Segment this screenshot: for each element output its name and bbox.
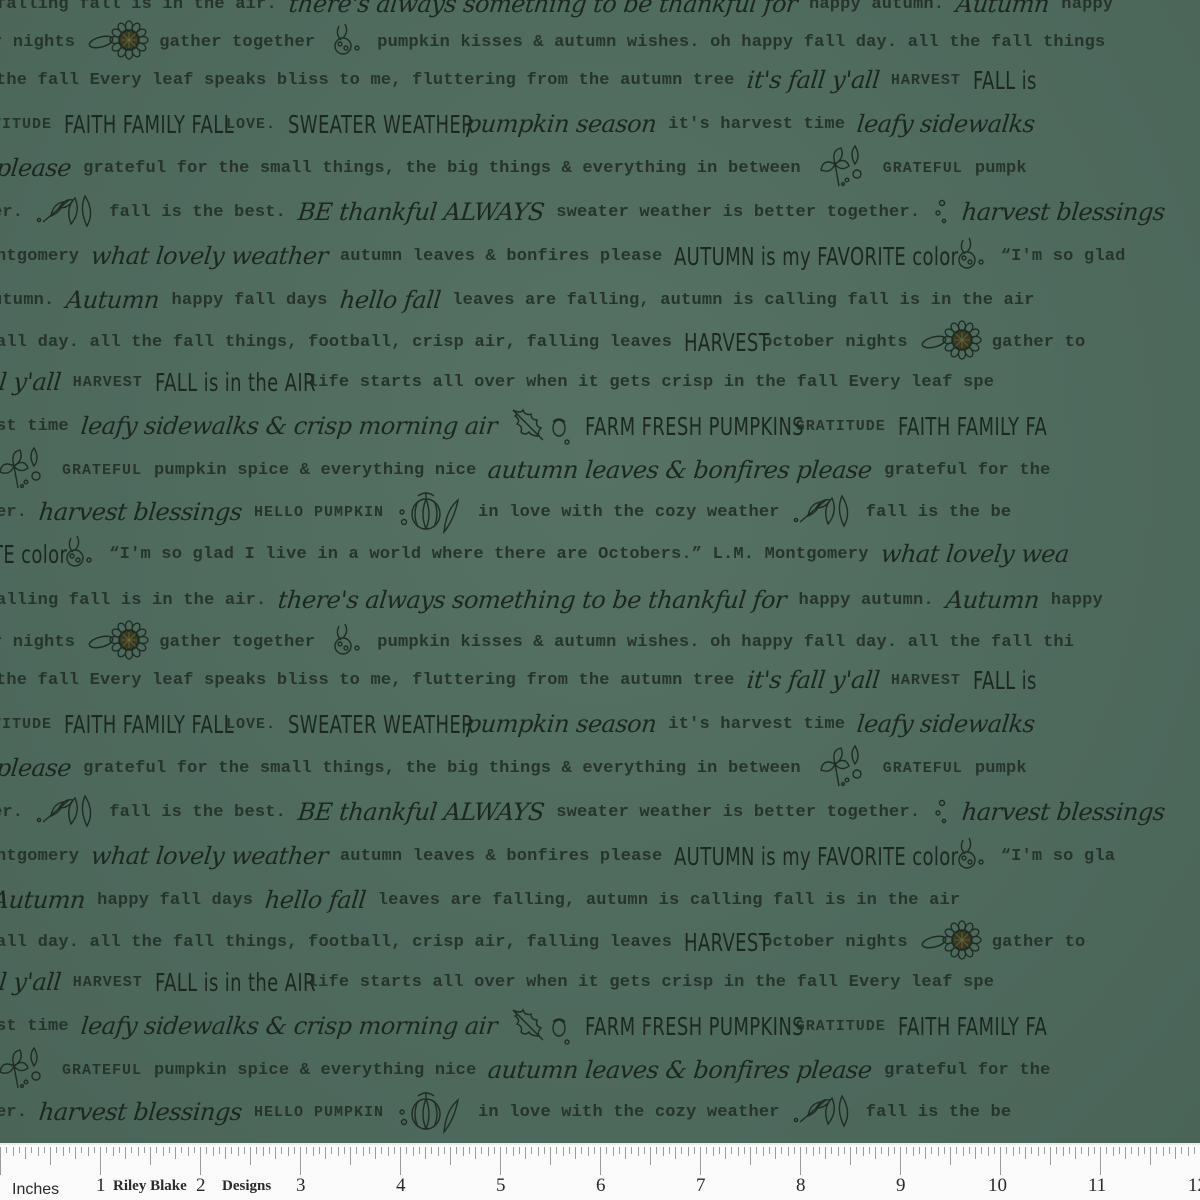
ruler-tick	[494, 1147, 495, 1154]
ruler-tick	[563, 1147, 564, 1156]
ruler-number: 3	[296, 1175, 306, 1197]
print-row: pleasegrateful for the small things, the…	[0, 746, 1039, 790]
hand-lettered-caps-text: FALL is	[973, 666, 1037, 695]
ruler-tick	[875, 1147, 876, 1159]
ruler-tick	[100, 1147, 101, 1175]
print-row: all day. all the fall things, football, …	[0, 920, 1097, 964]
hand-lettered-phrase: FAITH FAMILY FALL	[64, 710, 234, 739]
typewriter-phrase: sweater weather is better together.	[556, 803, 920, 822]
ruler-tick	[850, 1147, 851, 1165]
ruler-tick	[813, 1147, 814, 1156]
hand-lettered-phrase: FALL is in the AIR	[155, 368, 316, 397]
ruler-tick	[1163, 1147, 1164, 1156]
script-phrase: ll y'all	[0, 368, 62, 396]
script-phrase: please	[0, 754, 73, 782]
ruler-tick	[200, 1147, 201, 1175]
ruler-number: 1	[96, 1175, 106, 1197]
ruler-tick	[731, 1147, 732, 1154]
print-row: ll y'allHARVESTFALL is in the AIRlife st…	[0, 360, 1006, 404]
ruler-tick	[313, 1147, 314, 1156]
typewriter-phrase: GRATEFUL	[62, 462, 142, 479]
ruler-brand-name: Riley Blake	[113, 1178, 187, 1195]
ruler-tick	[356, 1147, 357, 1154]
ruler-tick	[738, 1147, 739, 1156]
ruler-tick	[988, 1147, 989, 1156]
print-row: alling fall is in the air.there's always…	[0, 578, 1115, 622]
ruler-tick	[456, 1147, 457, 1154]
typewriter-phrase: in love with the cozy weather	[478, 1103, 780, 1122]
script-phrase: it's fall y'all	[745, 66, 880, 94]
hand-lettered-phrase: FALL is in the AIR	[155, 968, 316, 997]
ruler-tick	[1113, 1147, 1114, 1156]
typewriter-phrase: grateful for the	[884, 461, 1050, 480]
ruler-tick	[925, 1147, 926, 1159]
ruler-tick	[581, 1147, 582, 1154]
script-phrase: what lovely weather	[90, 242, 330, 270]
ruler-number: 10	[988, 1175, 1007, 1197]
ruler-number: 5	[496, 1175, 506, 1197]
ruler-tick	[756, 1147, 757, 1154]
ruler-tick	[344, 1147, 345, 1154]
typewriter-phrase: HELLO PUMPKIN	[254, 1104, 384, 1121]
leaf-branch-icon	[813, 144, 873, 193]
print-row: TITUDEFAITH FAMILY FALLLOVE.SWEATER WEAT…	[0, 702, 1047, 746]
print-row: pleasegrateful for the small things, the…	[0, 146, 1039, 190]
typewriter-phrase: ntgomery	[0, 847, 79, 866]
ruler-tick	[769, 1147, 770, 1154]
hand-lettered-caps-text: SWEATER WEATHER	[288, 110, 474, 139]
ruler-tick	[900, 1147, 901, 1175]
typewriter-phrase: st time	[0, 417, 69, 436]
hand-lettered-phrase: AUTUMN is my FAVORITE color	[674, 242, 958, 271]
ruler-number: 9	[896, 1175, 906, 1197]
ruler-tick	[1063, 1147, 1064, 1156]
typewriter-phrase: r nights	[0, 33, 75, 52]
ruler-tick	[700, 1147, 701, 1175]
typewriter-phrase: alling fall is in the air.	[0, 591, 266, 610]
ruler-tick	[225, 1147, 226, 1159]
ruler-tick	[631, 1147, 632, 1154]
ruler-tick	[375, 1147, 376, 1159]
ruler-tick	[969, 1147, 970, 1154]
typewriter-phrase: GRATEFUL	[62, 1062, 142, 1079]
hand-lettered-phrase: FALL is	[973, 666, 1037, 695]
ruler-tick	[831, 1147, 832, 1154]
hand-lettered-caps-text: AUTUMN is my FAVORITE color	[674, 242, 958, 271]
ruler-tick	[425, 1147, 426, 1159]
script-phrase: ll y'all	[0, 968, 62, 996]
script-phrase: pumpkin season	[465, 110, 658, 138]
ruler-tick	[669, 1147, 670, 1154]
typewriter-phrase: leaves are falling, autumn is calling fa…	[452, 291, 1035, 310]
ruler-tick	[575, 1147, 576, 1159]
typewriter-phrase: leaves are falling, autumn is calling fa…	[378, 891, 961, 910]
ruler-tick	[106, 1147, 107, 1153]
script-phrase: please	[0, 154, 73, 182]
typewriter-phrase: GRATITUDE	[796, 418, 886, 435]
ruler-tick	[88, 1147, 89, 1156]
ruler-tick	[44, 1147, 45, 1153]
typewriter-phrase: GRATEFUL	[883, 160, 963, 177]
ruler-tick	[300, 1147, 301, 1175]
ruler-tick	[1169, 1147, 1170, 1154]
ruler-tick	[994, 1147, 995, 1154]
oak-leaf-acorn-icon	[509, 1002, 575, 1051]
print-row: er.harvest blessingsHELLO PUMPKINin love…	[0, 1090, 1023, 1134]
ruler-number: 12	[1188, 1175, 1200, 1197]
hand-lettered-caps-text: FALL is	[973, 66, 1037, 95]
ruler-tick	[663, 1147, 664, 1156]
ruler-tick	[13, 1147, 14, 1156]
ruler-number: 6	[596, 1175, 606, 1197]
ruler-tick	[1094, 1147, 1095, 1154]
ruler-tick	[1006, 1147, 1007, 1154]
hand-lettered-caps-text: HARVEST	[684, 328, 770, 357]
ruler-tick	[544, 1147, 545, 1154]
hand-lettered-phrase: SWEATER WEATHER	[288, 710, 474, 739]
print-row: TE color“I'm so glad I live in a world w…	[0, 532, 1081, 576]
ruler-tick	[800, 1147, 801, 1175]
typewriter-phrase: pumpk	[975, 759, 1027, 778]
typewriter-phrase: fall is the be	[866, 503, 1012, 522]
ruler-tick	[1056, 1147, 1057, 1154]
ruler-tick	[531, 1147, 532, 1154]
typewriter-phrase: all day. all the fall things, football, …	[0, 333, 672, 352]
ruler-tick	[713, 1147, 714, 1156]
ruler-tick	[913, 1147, 914, 1156]
ruler-tick	[25, 1147, 26, 1159]
ruler-tick	[619, 1147, 620, 1154]
typewriter-phrase: grateful for the small things, the big t…	[83, 159, 801, 178]
ruler-tick	[600, 1147, 601, 1175]
typewriter-phrase: october nights	[762, 333, 908, 352]
sunflower-icon	[920, 320, 982, 365]
ruler-tick	[656, 1147, 657, 1154]
ruler-tick	[75, 1147, 76, 1159]
print-row: all day. all the fall things, football, …	[0, 320, 1097, 364]
ruler-tick	[1175, 1147, 1176, 1159]
leaf-branch-icon	[813, 744, 873, 793]
typewriter-phrase: GRATEFUL	[883, 760, 963, 777]
ruler-number: 7	[696, 1175, 706, 1197]
ruler-tick	[6, 1147, 7, 1153]
typewriter-phrase: happy autumn.	[799, 591, 934, 610]
ruler-tick	[338, 1147, 339, 1156]
ruler-tick	[625, 1147, 626, 1159]
script-phrase: harvest blessings	[961, 198, 1167, 226]
ruler-tick	[750, 1147, 751, 1165]
ruler-tick	[975, 1147, 976, 1159]
print-row: GRATEFULpumpkin spice & everything nicea…	[0, 448, 1063, 492]
ruler-tick	[81, 1147, 82, 1153]
ruler-tick	[806, 1147, 807, 1154]
hand-lettered-caps-text: FARM FRESH PUMPKINS	[585, 412, 804, 441]
ruler-tick	[431, 1147, 432, 1154]
ruler-tick	[1188, 1147, 1189, 1156]
hand-lettered-phrase: HARVEST	[684, 328, 770, 357]
script-phrase: autumn leaves & bonfires please	[487, 456, 874, 484]
script-phrase: Autumn	[0, 886, 87, 914]
script-phrase: pumpkin season	[465, 710, 658, 738]
script-phrase: there's always something to be thankful …	[287, 0, 798, 18]
script-phrase: BE thankful ALWAYS	[297, 798, 546, 826]
ruler-tick	[156, 1147, 157, 1153]
typewriter-phrase: pumpk	[975, 159, 1027, 178]
hand-lettered-caps-text: AUTUMN is my FAVORITE color	[674, 842, 958, 871]
typewriter-phrase: gather together	[159, 33, 315, 52]
typewriter-phrase: fall is the be	[866, 1103, 1012, 1122]
typewriter-phrase: GRATITUDE	[796, 1018, 886, 1035]
ruler-number: 8	[796, 1175, 806, 1197]
ruler-tick	[306, 1147, 307, 1154]
print-row: ll y'allHARVESTFALL is in the AIRlife st…	[0, 960, 1006, 1004]
leaves-sprig-icon	[35, 792, 99, 833]
ruler-tick	[294, 1147, 295, 1154]
ruler-tick	[869, 1147, 870, 1154]
typewriter-phrase: grateful for the	[884, 1061, 1050, 1080]
ruler-tick	[231, 1147, 232, 1154]
ruler-tick	[325, 1147, 326, 1159]
typewriter-phrase: TITUDE	[0, 116, 52, 133]
ruler-tick	[175, 1147, 176, 1159]
leaf-branch-icon	[0, 446, 52, 495]
typewriter-phrase: gather to	[992, 333, 1086, 352]
ruler-tick	[469, 1147, 470, 1154]
berries-icon	[932, 195, 952, 230]
typewriter-phrase: october nights	[762, 933, 908, 952]
ruler-tick	[438, 1147, 439, 1156]
hand-lettered-caps-text: FALL is in the AIR	[155, 968, 316, 997]
print-row: ntgomerywhat lovely weatherautumn leaves…	[0, 834, 1127, 878]
typewriter-phrase: “I'm so glad	[1001, 247, 1126, 266]
ruler-tick	[681, 1147, 682, 1154]
script-phrase: it's fall y'all	[745, 666, 880, 694]
typewriter-phrase: happy	[1061, 0, 1113, 14]
script-phrase: what lovely weather	[90, 842, 330, 870]
ruler-tick	[1069, 1147, 1070, 1154]
ruler-tick	[19, 1147, 20, 1153]
ruler-tick	[250, 1147, 251, 1165]
ruler-tick	[1081, 1147, 1082, 1154]
ruler-tick	[1013, 1147, 1014, 1156]
typewriter-phrase: autumn leaves & bonfires please	[340, 847, 662, 866]
typewriter-phrase: gather together	[159, 633, 315, 652]
typewriter-phrase: st time	[0, 1017, 69, 1036]
script-phrase: harvest blessings	[38, 498, 244, 526]
ruler-tick	[588, 1147, 589, 1156]
ruler-tick	[788, 1147, 789, 1156]
script-phrase: autumn leaves & bonfires please	[487, 1056, 874, 1084]
typewriter-phrase: life starts all over when it gets crisp …	[308, 973, 995, 992]
hand-lettered-phrase: FAITH FAMILY FA	[898, 412, 1047, 441]
ruler-tick	[463, 1147, 464, 1156]
ruler-tick	[844, 1147, 845, 1154]
print-row: st timeleafy sidewalks & crisp morning a…	[0, 404, 1039, 448]
print-row: the fall Every leaf speaks bliss to me, …	[0, 658, 1029, 702]
typewriter-phrase: utumn.	[0, 291, 54, 310]
hand-lettered-phrase: FAITH FAMILY FA	[898, 1012, 1047, 1041]
print-row: ntgomerywhat lovely weatherautumn leaves…	[0, 234, 1138, 278]
ruler-tick	[444, 1147, 445, 1154]
ruler-tick	[238, 1147, 239, 1156]
ruler-number: 11	[1088, 1175, 1106, 1197]
typewriter-phrase: pumpkin kisses & autumn wishes. oh happy…	[377, 633, 1074, 652]
ruler-tick	[1138, 1147, 1139, 1156]
ruler-tick	[1100, 1147, 1101, 1175]
print-row: st timeleafy sidewalks & crisp morning a…	[0, 1004, 1039, 1048]
ruler-tick	[113, 1147, 114, 1156]
hand-lettered-caps-text: HARVEST	[684, 928, 770, 957]
typewriter-phrase: HARVEST	[73, 974, 143, 991]
leaves-sprig-icon	[792, 492, 856, 533]
ruler-tick	[1038, 1147, 1039, 1156]
ruler-tick	[400, 1147, 401, 1175]
ruler-number: 4	[396, 1175, 406, 1197]
typewriter-phrase: “I'm so glad I live in a world where the…	[109, 545, 868, 564]
print-row: er.harvest blessingsHELLO PUMPKINin love…	[0, 490, 1023, 534]
print-row: utumn.Autumnhappy fall dayshello falllea…	[0, 278, 1047, 322]
ruler-tick	[744, 1147, 745, 1154]
hand-lettered-phrase: FAITH FAMILY FALL	[64, 110, 234, 139]
ruler-tick	[1044, 1147, 1045, 1154]
ruler-tick	[675, 1147, 676, 1159]
ruler-tick	[406, 1147, 407, 1154]
ruler-tick	[413, 1147, 414, 1156]
ruler-tick	[919, 1147, 920, 1154]
hand-lettered-caps-text: TE color	[0, 540, 67, 569]
ruler-tick	[363, 1147, 364, 1156]
ruler-tick	[1106, 1147, 1107, 1154]
ruler-tick	[181, 1147, 182, 1153]
print-row: GRATEFULpumpkin spice & everything nicea…	[0, 1048, 1063, 1092]
ruler-tick	[650, 1147, 651, 1165]
print-row: er.fall is the best.BE thankful ALWAYSsw…	[0, 190, 1177, 234]
ruler-tick	[369, 1147, 370, 1154]
ruler-number: 2	[196, 1175, 206, 1197]
hand-lettered-caps-text: FAITH FAMILY FA	[898, 412, 1047, 441]
ruler-tick	[1156, 1147, 1157, 1154]
hand-lettered-phrase: SWEATER WEATHER	[288, 110, 474, 139]
hand-lettered-phrase: FALL is	[973, 66, 1037, 95]
typewriter-phrase: pumpkin kisses & autumn wishes. oh happy…	[377, 33, 1105, 52]
ruler-tick	[381, 1147, 382, 1154]
ruler-tick	[938, 1147, 939, 1156]
leaves-sprig-icon	[792, 1092, 856, 1133]
ruler-tick	[138, 1147, 139, 1156]
ruler-tick	[1025, 1147, 1026, 1159]
ruler-tick	[125, 1147, 126, 1159]
script-phrase: what lovely wea	[879, 540, 1070, 568]
ruler-tick	[638, 1147, 639, 1156]
script-phrase: leafy sidewalks	[856, 710, 1037, 738]
ruler-tick	[606, 1147, 607, 1154]
typewriter-phrase: all day. all the fall things, football, …	[0, 933, 672, 952]
ruler-tick	[63, 1147, 64, 1156]
ruler-tick	[944, 1147, 945, 1154]
ruler-tick	[838, 1147, 839, 1156]
pumpkin-icon	[396, 1086, 468, 1139]
ruler-tick	[450, 1147, 451, 1165]
typewriter-phrase: happy fall days	[172, 291, 328, 310]
ruler-tick	[256, 1147, 257, 1154]
berries-icon	[932, 795, 952, 830]
ruler-tick	[1050, 1147, 1051, 1165]
ruler-tick	[931, 1147, 932, 1154]
ruler-tick	[275, 1147, 276, 1159]
ruler-tick	[388, 1147, 389, 1156]
script-phrase: leafy sidewalks & crisp morning air	[79, 412, 498, 440]
script-phrase: Autumn	[944, 586, 1040, 614]
hand-lettered-caps-text: FAITH FAMILY FALL	[64, 110, 234, 139]
ruler-tick	[319, 1147, 320, 1154]
ruler-tick	[694, 1147, 695, 1154]
ruler-tick	[1019, 1147, 1020, 1154]
typewriter-phrase: er.	[0, 1103, 27, 1122]
typewriter-phrase: life starts all over when it gets crisp …	[308, 373, 995, 392]
ruler-tick	[894, 1147, 895, 1154]
ruler-tick	[688, 1147, 689, 1156]
ruler-tick	[150, 1147, 151, 1165]
ruler-tick	[331, 1147, 332, 1154]
ruler-tick	[69, 1147, 70, 1153]
typewriter-phrase: the fall Every leaf speaks bliss to me, …	[0, 671, 735, 690]
ruler-tick	[888, 1147, 889, 1156]
ruler-tick	[1119, 1147, 1120, 1154]
typewriter-phrase: pumpkin spice & everything nice	[154, 1061, 476, 1080]
ruler-tick	[856, 1147, 857, 1154]
ruler-tick	[169, 1147, 170, 1153]
fabric-print: falling fall is in the air.there's alway…	[0, 0, 1200, 1143]
typewriter-phrase: “I'm so gla	[1001, 847, 1115, 866]
ruler-tick	[163, 1147, 164, 1156]
ruler-tick	[906, 1147, 907, 1154]
typewriter-phrase: TITUDE	[0, 716, 52, 733]
ruler-tick	[881, 1147, 882, 1154]
script-phrase: there's always something to be thankful …	[277, 586, 788, 614]
ruler-tick	[481, 1147, 482, 1154]
ruler-tick	[206, 1147, 207, 1154]
ruler-tick	[950, 1147, 951, 1165]
typewriter-phrase: HARVEST	[891, 72, 961, 89]
hand-lettered-phrase: TE color	[0, 540, 67, 569]
ruler-tick	[1000, 1147, 1001, 1175]
ruler-tick	[1144, 1147, 1145, 1154]
ruler-tick	[863, 1147, 864, 1156]
ruler-tick	[613, 1147, 614, 1156]
ruler-tick	[781, 1147, 782, 1154]
typewriter-phrase: happy	[1051, 591, 1103, 610]
ruler-tick	[981, 1147, 982, 1154]
ruler-tick	[213, 1147, 214, 1156]
ruler-tick	[269, 1147, 270, 1154]
hand-lettered-caps-text: FARM FRESH PUMPKINS	[585, 1012, 804, 1041]
script-phrase: hello fall	[264, 886, 368, 914]
hand-lettered-phrase: AUTUMN is my FAVORITE color	[674, 842, 958, 871]
ruler-tick	[1194, 1147, 1195, 1154]
typewriter-phrase: ntgomery	[0, 247, 79, 266]
ruler-tick	[556, 1147, 557, 1154]
typewriter-phrase: in love with the cozy weather	[478, 503, 780, 522]
typewriter-phrase: HARVEST	[891, 672, 961, 689]
ruler-tick	[525, 1147, 526, 1159]
ruler-tick	[38, 1147, 39, 1156]
hand-lettered-caps-text: FAITH FAMILY FALL	[64, 710, 234, 739]
ruler-tick	[194, 1147, 195, 1153]
ruler-tick	[719, 1147, 720, 1154]
typewriter-phrase: falling fall is in the air.	[0, 0, 277, 14]
ruler-tick	[244, 1147, 245, 1154]
ruler-tick	[1088, 1147, 1089, 1156]
